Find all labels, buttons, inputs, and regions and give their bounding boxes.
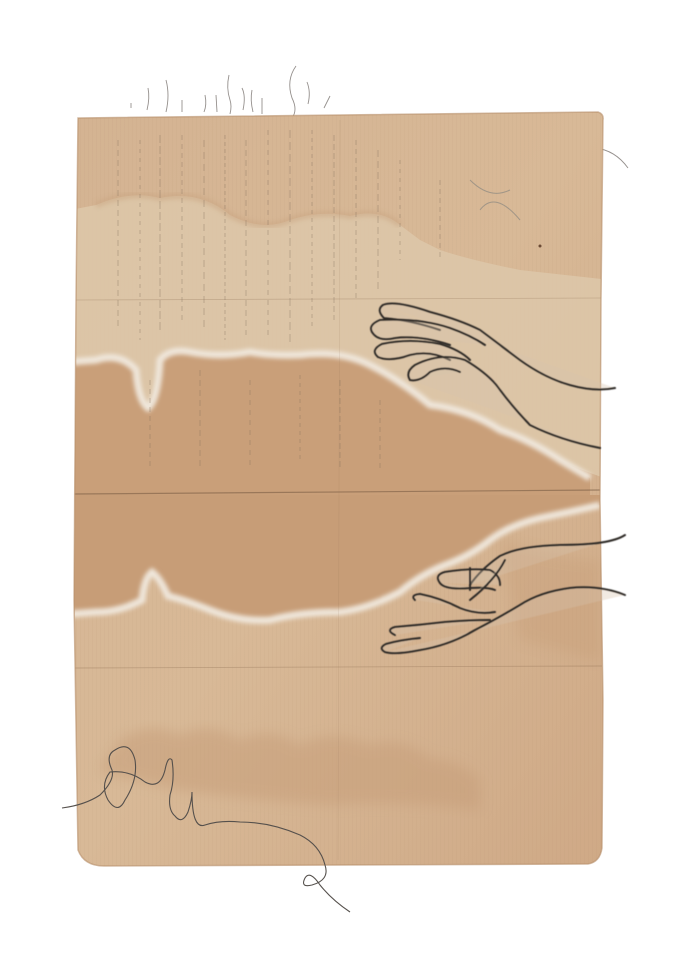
manuscript-paper	[60, 100, 620, 880]
artwork-canvas: Two drawn hands reaching toward each oth…	[0, 0, 679, 960]
artwork-illustration	[0, 0, 679, 960]
